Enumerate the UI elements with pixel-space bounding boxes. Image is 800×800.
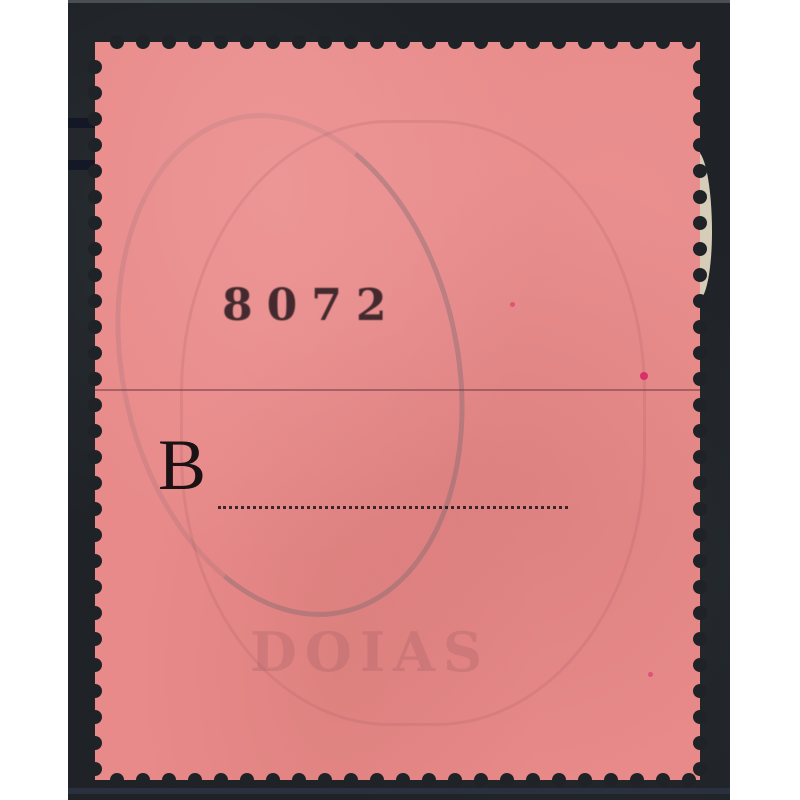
perforation-hole	[88, 294, 102, 308]
perforation-hole	[552, 35, 566, 49]
ink-speck	[640, 372, 648, 380]
perforation-hole	[292, 773, 306, 787]
perforation-hole	[188, 773, 202, 787]
perforation-hole	[110, 773, 124, 787]
perforation-hole	[88, 476, 102, 490]
perforation-hole	[630, 773, 644, 787]
perforation-hole	[240, 773, 254, 787]
perforation-hole	[266, 773, 280, 787]
perforation-hole	[136, 773, 150, 787]
perforation-hole	[693, 164, 707, 178]
perforation-hole	[88, 424, 102, 438]
perforation-hole	[88, 372, 102, 386]
perforation-hole	[88, 762, 102, 776]
perforation-hole	[188, 35, 202, 49]
perforation-hole	[693, 476, 707, 490]
perforation-hole	[88, 736, 102, 750]
perforation-hole	[693, 424, 707, 438]
perforation-hole	[344, 773, 358, 787]
perforation-hole	[396, 35, 410, 49]
perforation-hole	[88, 528, 102, 542]
show-through-text: DOIAS	[250, 620, 670, 684]
perforation-hole	[526, 35, 540, 49]
perforation-hole	[88, 190, 102, 204]
perforation-hole	[630, 35, 644, 49]
perforation-hole	[693, 450, 707, 464]
perforation-hole	[88, 502, 102, 516]
perforation-hole	[578, 773, 592, 787]
perforation-hole	[682, 773, 696, 787]
perforation-hole	[693, 346, 707, 360]
perforation-hole	[396, 773, 410, 787]
backing-top-edge	[68, 0, 730, 3]
fold-crease	[95, 389, 700, 391]
perforation-hole	[88, 242, 102, 256]
perforation-hole	[526, 773, 540, 787]
perforation-hole	[448, 773, 462, 787]
perforation-hole	[422, 773, 436, 787]
perforation-hole	[693, 528, 707, 542]
perforation-hole	[682, 35, 696, 49]
perforation-hole	[422, 35, 436, 49]
perforation-hole	[88, 710, 102, 724]
perforation-hole	[693, 606, 707, 620]
perforation-hole	[88, 320, 102, 334]
perforation-hole	[88, 164, 102, 178]
perforation-hole	[88, 268, 102, 282]
perforation-hole	[318, 773, 332, 787]
ink-speck	[648, 672, 653, 677]
perforation-hole	[604, 773, 618, 787]
perforation-hole	[88, 658, 102, 672]
perforation-hole	[370, 773, 384, 787]
perforation-hole	[370, 35, 384, 49]
perforation-hole	[693, 398, 707, 412]
perforation-hole	[292, 35, 306, 49]
perforation-hole	[214, 35, 228, 49]
perforation-hole	[693, 190, 707, 204]
perforation-hole	[693, 736, 707, 750]
perforation-hole	[88, 632, 102, 646]
ink-speck	[510, 302, 515, 307]
perforation-hole	[693, 294, 707, 308]
perforation-hole	[693, 268, 707, 282]
perforation-hole	[578, 35, 592, 49]
perforation-hole	[693, 112, 707, 126]
perforation-hole	[656, 35, 670, 49]
control-number: 8072	[222, 280, 400, 331]
perforation-hole	[693, 138, 707, 152]
perforation-hole	[500, 773, 514, 787]
perforation-hole	[693, 60, 707, 74]
perforation-hole	[110, 35, 124, 49]
perforation-hole	[693, 86, 707, 100]
perforation-hole	[474, 35, 488, 49]
perforation-hole	[88, 60, 102, 74]
perforation-hole	[693, 554, 707, 568]
perforation-hole	[500, 35, 514, 49]
perforation-hole	[162, 773, 176, 787]
perforation-hole	[88, 138, 102, 152]
perforation-hole	[448, 35, 462, 49]
perforation-hole	[693, 242, 707, 256]
perforation-hole	[552, 773, 566, 787]
perforation-hole	[88, 554, 102, 568]
perforation-hole	[693, 580, 707, 594]
perforation-hole	[88, 684, 102, 698]
perforation-hole	[693, 216, 707, 230]
backing-bottom-stripe	[68, 788, 730, 794]
series-letter: B	[158, 424, 206, 507]
perforation-hole	[604, 35, 618, 49]
perforation-hole	[693, 502, 707, 516]
perforation-hole	[88, 398, 102, 412]
perforation-hole	[214, 773, 228, 787]
perforation-hole	[693, 762, 707, 776]
perforation-hole	[162, 35, 176, 49]
perforation-hole	[266, 35, 280, 49]
perforation-hole	[88, 346, 102, 360]
perforation-hole	[344, 35, 358, 49]
perforation-hole	[693, 632, 707, 646]
dotted-signature-line	[218, 506, 568, 509]
perforation-hole	[693, 710, 707, 724]
perforation-hole	[693, 320, 707, 334]
perforation-hole	[693, 372, 707, 386]
perforation-hole	[88, 216, 102, 230]
perforation-hole	[88, 606, 102, 620]
perforation-hole	[693, 658, 707, 672]
perforation-hole	[88, 580, 102, 594]
perforation-hole	[240, 35, 254, 49]
perforation-hole	[88, 112, 102, 126]
perforation-hole	[693, 684, 707, 698]
perforation-hole	[136, 35, 150, 49]
perforation-hole	[88, 450, 102, 464]
perforation-hole	[318, 35, 332, 49]
perforation-hole	[656, 773, 670, 787]
perforation-hole	[474, 773, 488, 787]
perforation-hole	[88, 86, 102, 100]
